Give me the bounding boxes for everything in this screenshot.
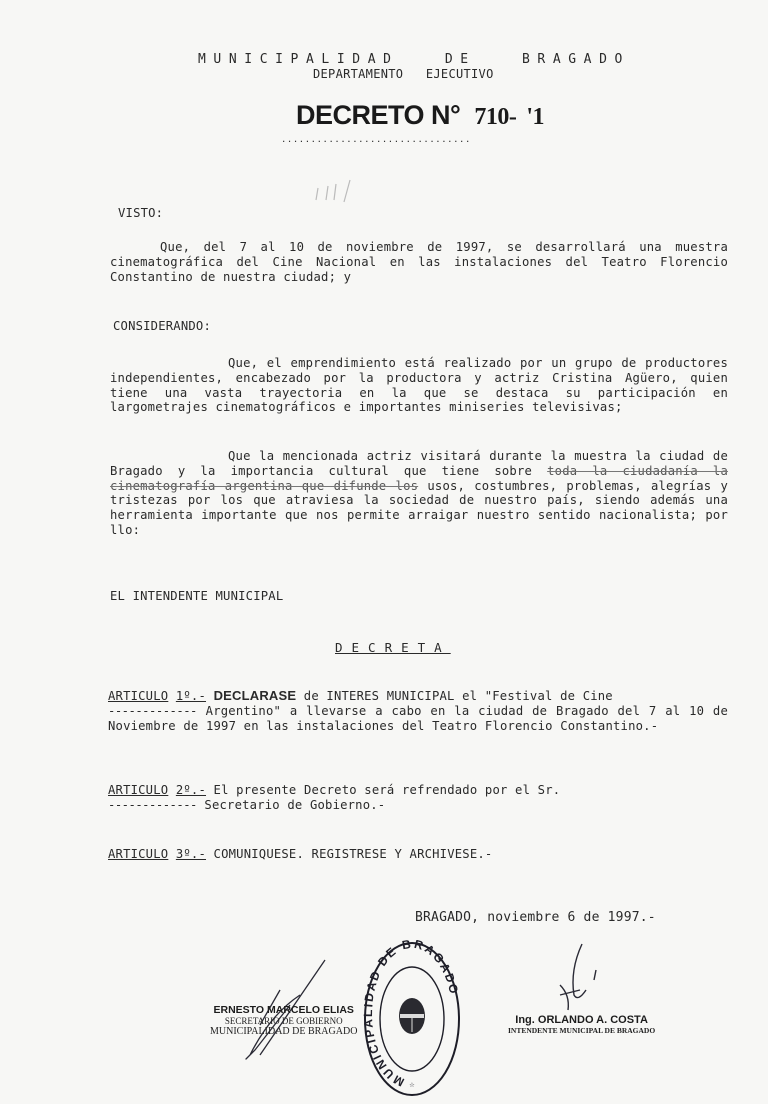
date-line: BRAGADO, noviembre 6 de 1997.- [415, 910, 656, 925]
decree-dotted-line: ................................ [282, 131, 472, 145]
considerando-paragraph-2: Que la mencionada actriz visitará durant… [110, 449, 728, 538]
considerando-paragraph-1: Que, el emprendimiento está realizado po… [110, 356, 728, 415]
article-1-text-first: de INTERES MUNICIPAL el "Festival de Cin… [296, 689, 613, 703]
visto-label: VISTO: [118, 206, 163, 220]
decree-title: DECRETO N°710-'1 [296, 100, 544, 131]
article-2-number: 2º.- [176, 783, 206, 797]
municipal-seal-icon: MUNICIPALIDAD DE BRAGADO ☆ [362, 940, 462, 1098]
seal-star: ☆ [409, 1080, 415, 1090]
coat-of-arms-icon [399, 998, 425, 1034]
article-3-label: ARTICULO [108, 847, 168, 861]
intendente-label: EL INTENDENTE MUNICIPAL [110, 589, 283, 603]
header-department: DEPARTAMENTO EJECUTIVO [313, 67, 494, 81]
article-1-number: 1º.- [176, 689, 206, 703]
secretary-title: SECRETARIO DE GOBIERNO [210, 1016, 357, 1026]
secretary-name: ERNESTO MARCELO ELIAS [210, 1004, 357, 1016]
decree-number: 710- [474, 104, 516, 130]
article-2: ARTICULO 2º.- El presente Decreto será r… [108, 783, 728, 813]
article-1: ARTICULO 1º.- DECLARASE de INTERES MUNIC… [108, 689, 728, 733]
article-3: ARTICULO 3º.- COMUNIQUESE. REGISTRESE Y … [108, 847, 728, 862]
article-2-text-rest: Secretario de Gobierno.- [197, 798, 385, 812]
article-3-number: 3º.- [176, 847, 206, 861]
article-1-label: ARTICULO [108, 689, 168, 703]
header-organization: MUNICIPALIDAD DE BRAGADO [198, 52, 630, 67]
considerando-label: CONSIDERANDO: [113, 319, 211, 333]
decree-label: DECRETO N° [296, 100, 460, 130]
article-3-text: COMUNIQUESE. REGISTRESE Y ARCHIVESE.- [206, 847, 492, 861]
signature-scribble-costa-icon [540, 940, 610, 1015]
decreta-heading: DECRETA [335, 640, 451, 655]
article-2-label: ARTICULO [108, 783, 168, 797]
scan-mark-icon [310, 170, 370, 210]
secretary-institution: MUNICIPALIDAD DE BRAGADO [210, 1026, 357, 1037]
article-1-keyword: DECLARASE [214, 688, 297, 703]
signature-block-secretary: ERNESTO MARCELO ELIAS SECRETARIO DE GOBI… [210, 1004, 357, 1037]
decree-suffix-mark: '1 [526, 104, 544, 130]
article-2-dashes: ------------- [108, 798, 197, 812]
intendente-title: INTENDENTE MUNICIPAL DE BRAGADO [508, 1026, 655, 1035]
article-1-text-rest: Argentino" a llevarse a cabo en la ciuda… [108, 704, 728, 733]
signature-block-intendente: Ing. ORLANDO A. COSTA INTENDENTE MUNICIP… [508, 1014, 655, 1035]
article-2-text-first: El presente Decreto será refrendado por … [206, 783, 560, 797]
article-1-dashes: ------------- [108, 704, 197, 718]
intendente-name: Ing. ORLANDO A. COSTA [508, 1014, 655, 1026]
visto-text: Que, del 7 al 10 de noviembre de 1997, s… [110, 240, 728, 284]
